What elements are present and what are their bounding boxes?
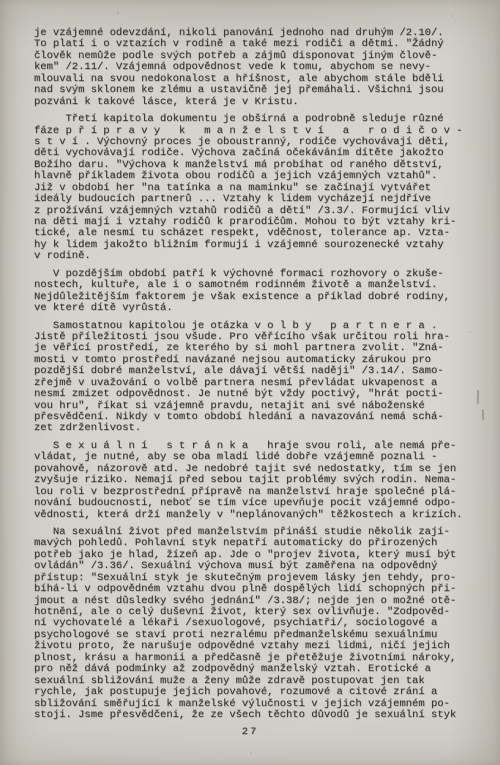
text-line: pro něž dává podmínky až zodpovědný manž…: [34, 664, 474, 675]
text-line: zvyšuje riziko. Nemají před sebou tajit …: [34, 475, 474, 486]
text-line: ovládán" /3.36/. Sexuální výchova musí b…: [34, 561, 474, 572]
text-line: pozdější dobré manželství, ale dávají vě…: [34, 366, 474, 377]
text-line: nad svým sklonem ke zlému a ustavičně je…: [34, 85, 474, 96]
text-line: ve které dítě vyrůstá.: [34, 303, 474, 314]
text-line: stoji. Jsme přesvědčeni, že ze všech těc…: [34, 710, 474, 721]
text-line: hlavně příkladem života obou rodičů a je…: [34, 171, 474, 182]
paragraph: Samostatnou kapitolou je otázka v o l b …: [34, 321, 474, 435]
text-line: Třetí kapitola dokumentu je obšírná a po…: [34, 114, 474, 125]
text-line: bíhá-li v odpovědném vztahu dvou plně do…: [34, 584, 474, 595]
scanned-page: je vzájemné odevzdání, nikoli panování j…: [0, 0, 500, 765]
page-number: 27: [0, 726, 500, 738]
text-line: v rodině.: [34, 251, 474, 262]
paragraph: je vzájemné odevzdání, nikoli panování j…: [34, 28, 474, 108]
text-line: hy k lidem jakožto bližním formují i vzá…: [34, 240, 474, 251]
text-line: nostech, kultuře, ale i o samotném rodin…: [34, 280, 474, 291]
pen-mark: [482, 409, 484, 420]
text-line: pozváni k takové lásce, která je v Krist…: [34, 97, 474, 108]
text-line: vědnosti, která drží manžely v "neplánov…: [34, 510, 474, 521]
text-line: nesmí zmizet odpovědnost. Je nutné být v…: [34, 389, 474, 400]
document-text: je vzájemné odevzdání, nikoli panování j…: [34, 28, 474, 721]
pen-mark: [477, 390, 479, 404]
text-line: nování budoucnosti, neboť se tím více up…: [34, 498, 474, 509]
paragraph: Třetí kapitola dokumentu je obšírná a po…: [34, 114, 474, 263]
paragraph: S e x u á l n í s t r á n k a hraje svou…: [34, 441, 474, 521]
text-line: ideály budoucích partnerů ... Vztahy k l…: [34, 194, 474, 205]
text-line: rychle, jak postupuje jejich povahové, r…: [34, 687, 474, 698]
paragraph: Na sexuální život před manželstvím přiná…: [34, 527, 474, 721]
paragraph: V pozdějším období patří k výchovné form…: [34, 269, 474, 315]
text-line: zet zdrženlivost.: [34, 423, 474, 434]
